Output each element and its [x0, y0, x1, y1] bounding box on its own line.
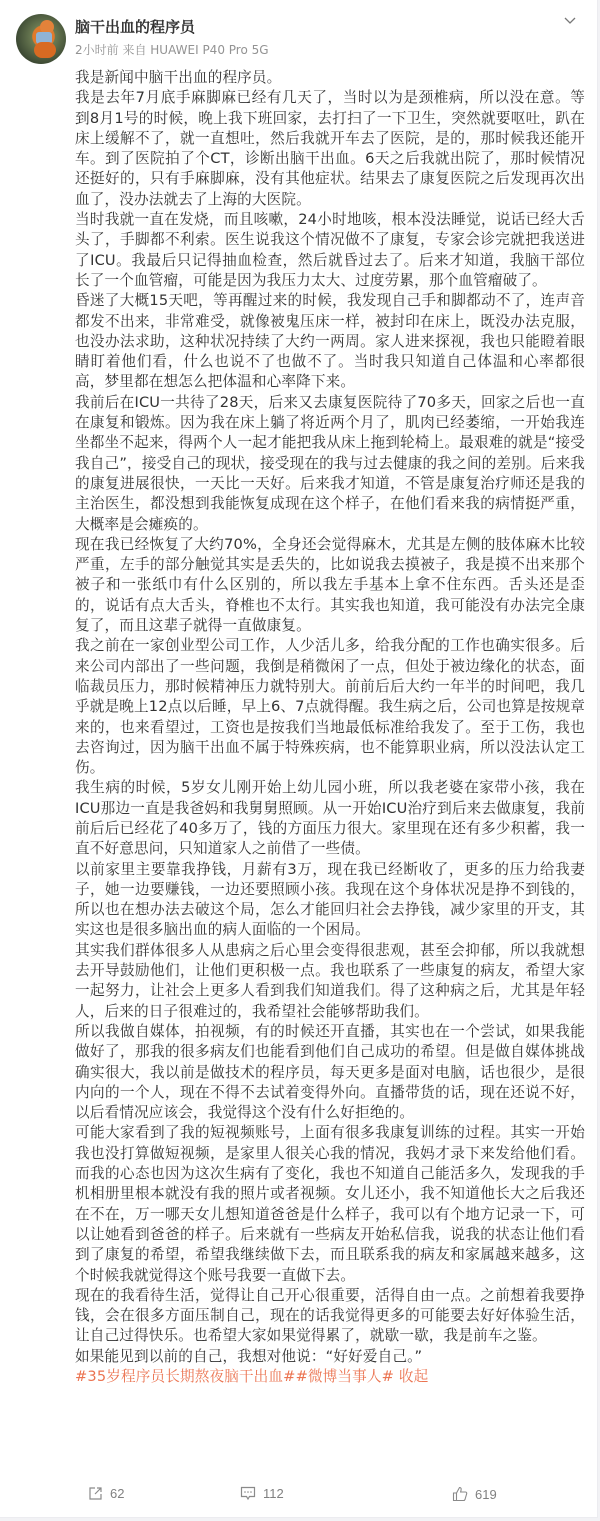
- paragraph: 我前后在ICU一共待了28天，后来又去康复医院待了70多天，回家之后也一直在康复…: [75, 393, 585, 535]
- paragraph: 其实我们群体很多人从患病之后心里会变得很悲观，甚至会抑郁，所以我就想去开导鼓励他…: [75, 941, 585, 1022]
- action-bar: 62 112 619: [0, 1486, 597, 1510]
- paragraph: 我之前在一家创业型公司工作，人少活儿多，给我分配的工作也确实很多。后来公司内部出…: [75, 636, 585, 778]
- paragraph: 我是新闻中脑干出血的程序员。: [75, 68, 585, 88]
- paragraph: 以前家里主要靠我挣钱，月薪有3万，现在我已经断收了，更多的压力给我妻子，她一边要…: [75, 860, 585, 941]
- comment-button[interactable]: 112: [240, 1486, 284, 1501]
- repost-count: 62: [110, 1486, 124, 1501]
- post-body: 我是新闻中脑干出血的程序员。 我是去年7月底手麻脚麻已经有几天了，当时以为是颈椎…: [75, 68, 585, 1387]
- paragraph: 现在的我看待生活，觉得让自己开心很重要，活得自由一点。之前想着我要挣钱，会在很多…: [75, 1286, 585, 1347]
- hashtag-link[interactable]: #微博当事人#: [296, 1368, 394, 1385]
- collapse-link[interactable]: 收起: [399, 1368, 429, 1385]
- paragraph: 如果能见到以前的自己，我想对他说：“好好爱自己。”: [75, 1347, 585, 1367]
- paragraph: 可能大家看到了我的短视频账号，上面有很多我康复训练的过程。其实一开始我也没打算做…: [75, 1123, 585, 1285]
- repost-icon: [88, 1486, 103, 1501]
- paragraph: 所以我做自媒体，拍视频，有的时候还开直播，其实也在一个尝试，如果我能做好了，那我…: [75, 1022, 585, 1123]
- like-count: 619: [475, 1487, 497, 1502]
- author-name[interactable]: 脑干出血的程序员: [75, 16, 195, 37]
- paragraph: 我生病的时候，5岁女儿刚开始上幼儿园小班，所以我老婆在家带小孩，我在ICU那边一…: [75, 778, 585, 859]
- repost-button[interactable]: 62: [88, 1486, 124, 1501]
- post-source: 来自 HUAWEI P40 Pro 5G: [122, 43, 268, 57]
- paragraph: 现在我已经恢复了大约70%，全身还会觉得麻木，尤其是左侧的肢体麻木比较严重，左手…: [75, 535, 585, 636]
- weibo-post-card: 脑干出血的程序员 2小时前 来自 HUAWEI P40 Pro 5G 我是新闻中…: [0, 0, 598, 1518]
- paragraph: 昏迷了大概15天吧，等再醒过来的时候，我发现自己手和脚都动不了，连声音都发不出来…: [75, 291, 585, 392]
- avatar[interactable]: [16, 14, 66, 64]
- hashtag-link[interactable]: #35岁程序员长期熬夜脑干出血#: [75, 1368, 296, 1385]
- like-button[interactable]: 619: [452, 1486, 497, 1502]
- paragraph: 我是去年7月底手麻脚麻已经有几天了，当时以为是颈椎病，所以没在意。等到8月1号的…: [75, 88, 585, 210]
- comment-count: 112: [263, 1486, 284, 1501]
- comment-icon: [240, 1486, 256, 1501]
- like-icon: [452, 1486, 468, 1502]
- tag-line: #35岁程序员长期熬夜脑干出血##微博当事人# 收起: [75, 1367, 585, 1387]
- post-time: 2小时前: [75, 43, 119, 57]
- chevron-down-icon[interactable]: [563, 14, 577, 28]
- avatar-figure-body: [34, 42, 56, 58]
- post-meta: 2小时前 来自 HUAWEI P40 Pro 5G: [75, 41, 269, 58]
- paragraph: 当时我就一直在发烧，而且咳嗽，24小时地咳，根本没法睡觉，说话已经大舌头了，手脚…: [75, 210, 585, 291]
